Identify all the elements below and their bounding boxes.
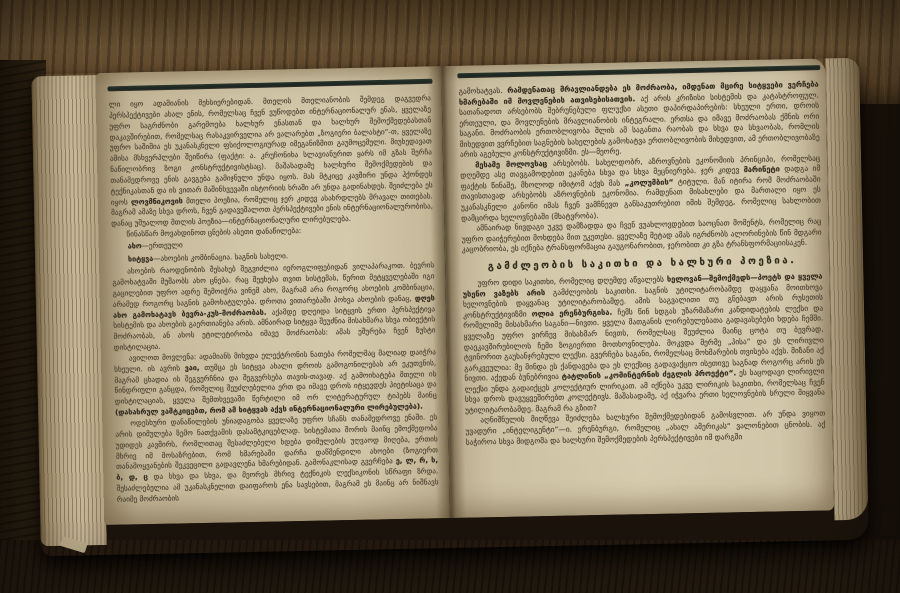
paragraph: ოდესხური დანაწილების უნიადაგობა ყველაზე … bbox=[115, 412, 439, 505]
text-segment: გამოხატვას. bbox=[459, 86, 508, 96]
text-segment: —ახოების კომბინაცია. საგნის სახელი. bbox=[153, 251, 288, 263]
bold-text-segment: ახო bbox=[128, 242, 142, 251]
bold-text-segment: მარინეტი bbox=[744, 165, 780, 175]
paragraph: ავილოთ მოვლენა: ადამიანს მიხვდა ელექტრონ… bbox=[114, 347, 437, 419]
right-page-text: გამოხატვას. რამდენათაც მრავლიანდება ეს მ… bbox=[459, 80, 826, 448]
bold-text-segment: „კოლუმბის“ bbox=[625, 177, 674, 187]
bold-text-segment: ვაი, bbox=[185, 363, 200, 372]
paragraph: აღნიშნულის მიღწევა შეიძლება ხალხური შემო… bbox=[465, 409, 826, 448]
paragraph: მესამე მოლოვსაც არსებობს. სახელდობრ, აზრ… bbox=[460, 153, 821, 223]
right-page: გამოხატვას. რამდენათაც მრავლიანდება ეს მ… bbox=[441, 58, 834, 518]
text-segment: აღნიშნულის მიღწევა შეიძლება ხალხური შემო… bbox=[465, 409, 825, 446]
paragraph: გამოხატვას. რამდენათაც მრავლიანდება ეს მ… bbox=[459, 80, 820, 161]
bold-text-segment: ხიტყვა bbox=[128, 254, 153, 264]
left-page-header-rule bbox=[107, 79, 432, 92]
text-segment: ოდესხური დანაწილების უნიადაგობა ყველაზე … bbox=[115, 412, 438, 471]
bold-text-segment: მესამე მოლოვსაც bbox=[475, 159, 547, 169]
left-page-text: ლი იყო ადამიანის მეხსიერებიდან. მთელის მ… bbox=[109, 93, 439, 505]
text-segment: ამნაირად ნივდაგი უკვე დამზადდა და ჩვენ ვ… bbox=[462, 217, 822, 254]
open-book: ლი იყო ადამიანის მეხსიერებიდან. მთელის მ… bbox=[31, 58, 869, 557]
section-heading: გამძლეობის საკითხი და ხალხური პოეზია. bbox=[462, 255, 822, 273]
paragraph: უფრო დიდი საკითხი, რომელიც დღემდე აწვალე… bbox=[462, 272, 825, 416]
text-segment: და სხვა და სხვა, და მეორეს მხრივ ტექნიკი… bbox=[116, 466, 438, 503]
text-segment: —ერთეული bbox=[142, 241, 183, 251]
page-stack-left-edge bbox=[31, 75, 106, 546]
bold-text-segment: ლოვმნიკოვის bbox=[131, 196, 183, 206]
text-segment: ახოების რაოდენობის შესახებ შეგვიძლია იერ… bbox=[112, 260, 434, 308]
right-page-text-lower: უფრო დიდი საკითხი, რომელიც დღემდე აწვალე… bbox=[462, 272, 825, 448]
text-segment: ლი იყო ადამიანის მეხსიერებიდან. მთელის მ… bbox=[109, 93, 433, 206]
paragraph: ახოების რაოდენობის შესახებ შეგვიძლია იერ… bbox=[112, 260, 436, 353]
paragraph: ლი იყო ადამიანის მეხსიერებიდან. მთელის მ… bbox=[109, 93, 434, 230]
right-page-header-rule bbox=[457, 65, 820, 78]
bold-text-segment: ოლია ერენბურგისა. bbox=[532, 308, 613, 319]
photo-of-open-book: ლი იყო ადამიანის მეხსიერებიდან. მთელის მ… bbox=[0, 0, 900, 593]
left-page: ლი იყო ადამიანის მეხსიერებიდან. მთელის მ… bbox=[95, 66, 450, 525]
text-segment: წინასწარ მოვახდინოთ ცნების ასეთი დანაწილ… bbox=[126, 226, 301, 239]
paragraph: ამნაირად ნივდაგი უკვე დამზადდა და ჩვენ ვ… bbox=[461, 217, 822, 256]
right-page-text-upper: გამოხატვას. რამდენათაც მრავლიანდება ეს მ… bbox=[459, 80, 822, 256]
